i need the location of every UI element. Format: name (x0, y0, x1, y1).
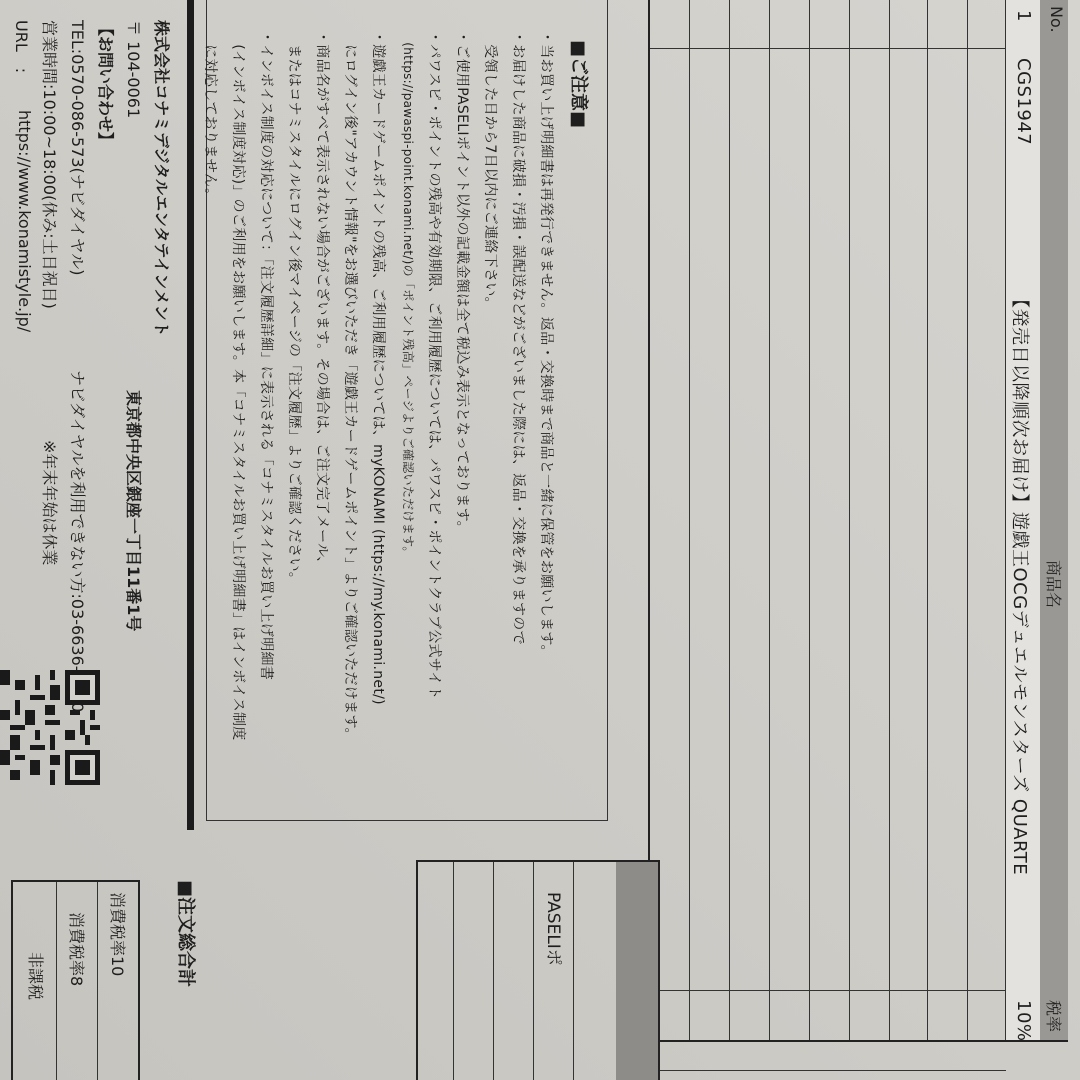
grid-line (927, 0, 928, 1040)
notice-line: 受領した日から7日以内にご連絡下さい。 (481, 30, 501, 311)
notice-box: ■ご注意■ ・当お買い上げ明細書は再発行できません。返品・交換時まで商品と一緒に… (206, 0, 608, 821)
divider (187, 0, 194, 830)
tax-summary-box: 消費税率10 消費税率8 非課税 (11, 880, 140, 1080)
notice-line: ・当お買い上げ明細書は再発行できません。返品・交換時まで商品と一緒に保管をお願い… (537, 30, 557, 659)
business-hours: 営業時間:10:00~18:00(休み:土日祝日) (39, 20, 62, 309)
notice-line: ・お届けした商品に破損・汚損・誤配送などがございました際には、返品・交換を承りま… (509, 30, 529, 645)
receipt-paper: No. 商品名 税率 1 CGS1947 【発売日以降順次お届け】遊戯王OCGデ… (0, 0, 1080, 1080)
contact-tel-alt: ナビダイヤルを利用できない方:03-6636-0580 (67, 370, 90, 712)
company-postal: 〒 104-0061 (123, 20, 146, 118)
grid-line (849, 0, 850, 1040)
tax-row: 消費税率10 (97, 882, 138, 1080)
paseli-point-label: PASELIポ (543, 892, 568, 966)
grid-line (689, 0, 690, 1040)
url-label: URL : (11, 20, 34, 73)
order-total-title: ■注文総合計 (174, 880, 200, 987)
grid-line (573, 862, 574, 1080)
paseli-box-header (616, 862, 658, 1080)
qr-code-icon (0, 670, 100, 785)
grid-line (769, 0, 770, 1040)
grid-line (650, 48, 1006, 49)
item-code: CGS1947 (1013, 58, 1034, 145)
tax-row: 消費税率8 (56, 882, 97, 1080)
grid-line (650, 990, 1006, 991)
grid-line (809, 0, 810, 1040)
grid-line (889, 0, 890, 1040)
tax-row-label: 非課税 (25, 952, 48, 1000)
notice-title: ■ご注意■ (567, 40, 593, 128)
tax-row: 非課税 (16, 882, 56, 1080)
grid-line (493, 862, 494, 1080)
business-hours-note: ※年末年始は休業 (39, 440, 62, 565)
grid-line (453, 862, 454, 1080)
items-table: No. 商品名 税率 1 CGS1947 【発売日以降順次お届け】遊戯王OCGデ… (648, 0, 1068, 1042)
notice-line: (https://pawaspi-point.konami.net/)の「ポイン… (400, 30, 417, 559)
paseli-point-box: PASELIポ (416, 860, 660, 1080)
header-no: No. (1047, 6, 1066, 33)
contact-heading: 【お問い合わせ】 (95, 20, 118, 148)
notice-line: に対応しておりません。 (201, 30, 221, 202)
grid-line (650, 1070, 1006, 1071)
notice-line: (インボイス制度対応)」のご利用をお願いします。本「コナミスタイルお買い上げ明細… (229, 30, 249, 741)
item-tax-rate: 10% (1013, 1000, 1034, 1042)
company-name: 株式会社コナミデジタルエンタテインメント (151, 20, 174, 337)
notice-line: またはコナミスタイルにログイン後マイページの「注文履歴」よりご確認ください。 (285, 30, 305, 586)
item-no: 1 (1013, 10, 1034, 22)
notice-line: ・インボイス制度の対応について：「注文履歴詳細」に表示される「コナミスタイルお買… (257, 30, 277, 680)
contact-tel: TEL:0570-086-573(ナビダイヤル) (67, 20, 90, 276)
notice-line: ・遊戯王カードゲームポイントの残高、ご利用履歴については、myKONAMI (h… (369, 30, 389, 705)
items-table-header: No. 商品名 税率 (1040, 0, 1068, 1040)
table-row: 1 CGS1947 【発売日以降順次お届け】遊戯王OCGデュエルモンスターズ Q… (1005, 0, 1040, 1040)
grid-line (967, 0, 968, 1040)
grid-line (729, 0, 730, 1040)
grid-line (533, 862, 534, 1080)
header-product-name: 商品名 (1043, 560, 1066, 608)
notice-line: ・商品名がすべて表示されない場合がございます。その場合は、ご注文完了メール、 (313, 30, 333, 571)
company-url[interactable]: https://www.konamistyle.jp/ (15, 110, 34, 332)
company-address: 東京都中央区銀座一丁目11番1号 (123, 390, 146, 631)
notice-line: ・ご使用PASELIポイント以外の記載金額は全て税込み表示となっております。 (453, 30, 473, 535)
notice-line: ・パワスピ・ポイントの残高や有効期限、ご利用履歴については、パワスピ・ポイントク… (425, 30, 445, 700)
notice-line: にログイン後"アカウント情報"をお選びいただき「遊戯王カードゲームポイント」より… (341, 30, 361, 742)
header-tax-rate: 税率 (1043, 1000, 1066, 1032)
tax-row-label: 消費税率10 (107, 892, 130, 976)
tax-row-label: 消費税率8 (66, 912, 89, 986)
item-name: 【発売日以降順次お届け】遊戯王OCGデュエルモンスターズ QUARTE (1008, 290, 1034, 875)
